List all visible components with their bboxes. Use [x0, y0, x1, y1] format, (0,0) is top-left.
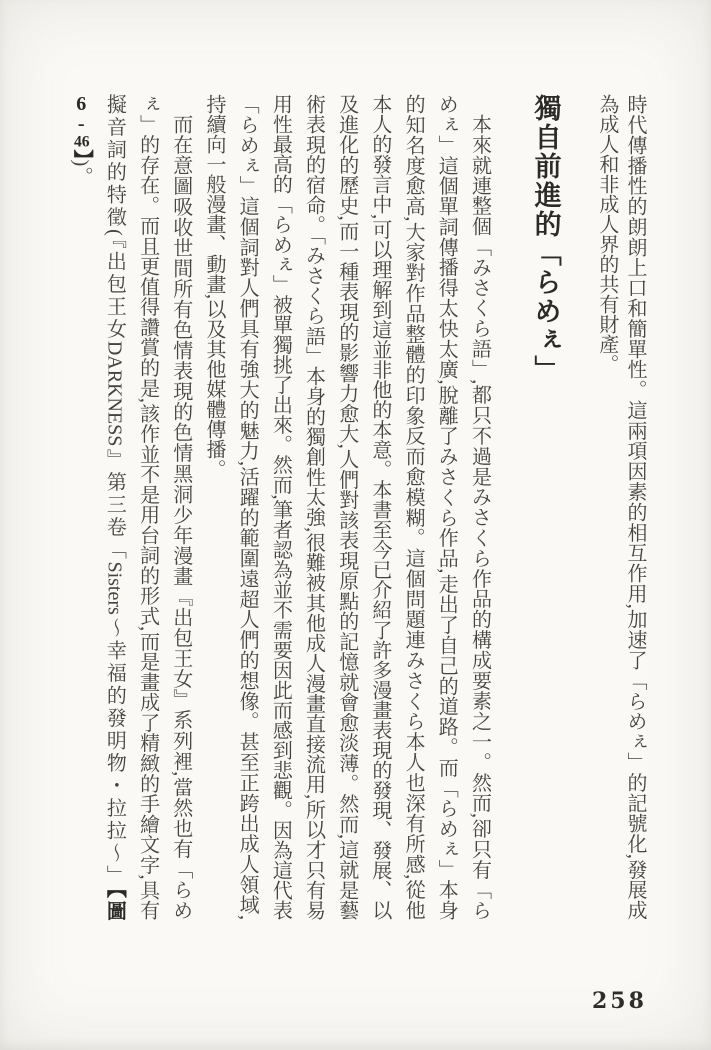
figure-ref-number: 46: [73, 134, 90, 150]
page-text-block: 時代傳播性的朗朗上口和簡單性。這兩項因素的相互作用,加速了「らめぇ」的記號化,發…: [64, 94, 649, 920]
figure-ref-suffix: 】: [70, 150, 92, 160]
figure-ref-prefix: 【圖: [103, 888, 125, 921]
intro-continuation-paragraph: 時代傳播性的朗朗上口和簡單性。這兩項因素的相互作用,加速了「らめぇ」的記號化,發…: [593, 94, 649, 920]
body-paragraph-1: 本來就連整個「みさくら語」,都只不過是みさくら作品的構成要素之一。然而,卻只有「…: [197, 94, 496, 920]
section-heading: 獨自前進的「らめぇ」: [525, 94, 564, 920]
page-number: 258: [592, 988, 647, 1014]
body-paragraph-2: 而在意圖吸收世間所有色情表現的色情黑洞少年漫畫『出包王女』系列裡,當然也有「らめ…: [64, 94, 197, 920]
paragraph-2-text: 而在意圖吸收世間所有色情表現的色情黑洞少年漫畫『出包王女』系列裡,當然也有「らめ…: [103, 94, 191, 920]
paragraph-2-closing: )。: [70, 160, 92, 187]
figure-ref-volume-digit: 6: [70, 94, 92, 114]
figure-ref-dash: -: [70, 114, 92, 134]
book-page: 時代傳播性的朗朗上口和簡單性。這兩項因素的相互作用,加速了「らめぇ」的記號化,發…: [0, 0, 711, 1050]
